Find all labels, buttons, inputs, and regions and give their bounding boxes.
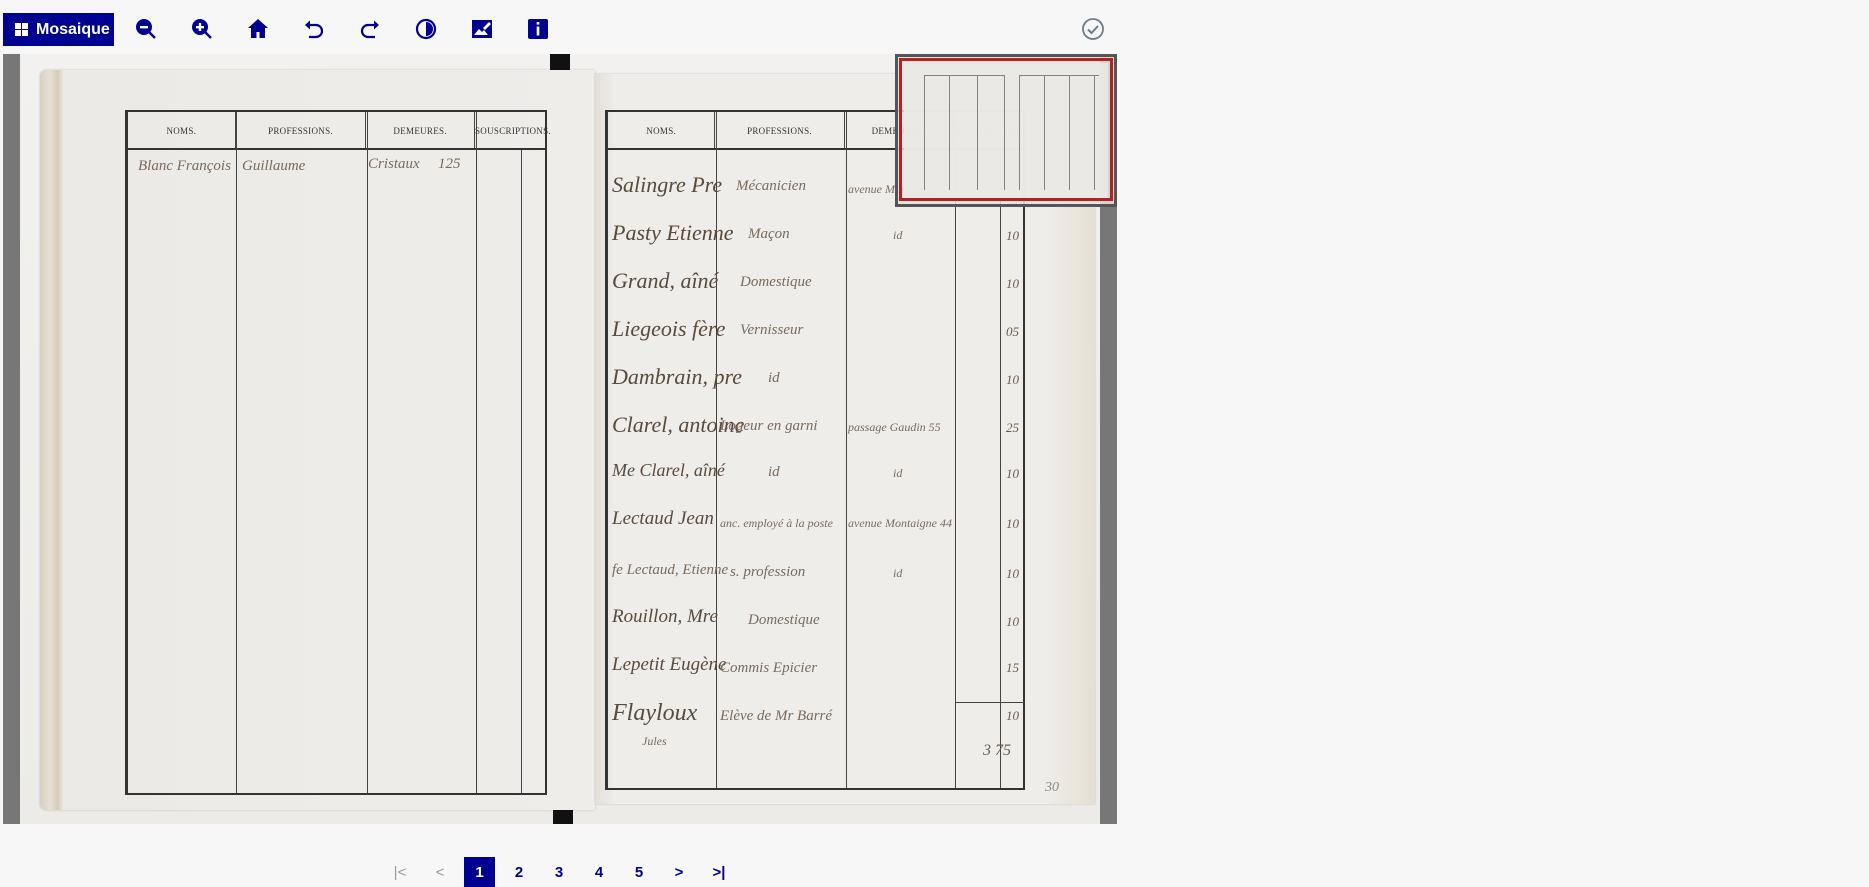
entry-profession: Domestique [740,274,812,291]
total-amount: 3 75 [983,742,1011,760]
entry-amount: 05 [1006,324,1019,340]
entry-profession: s. profession [730,564,805,581]
entry-amount: 125 [438,156,461,173]
zoom-in-button[interactable] [188,15,216,43]
last-page-icon: >| [713,864,726,881]
page-4-button[interactable]: 4 [579,857,619,887]
entry-profession: Guillaume [242,158,305,175]
home-button[interactable] [244,15,272,43]
entry-amount: 10 [1006,372,1019,388]
page-3-button[interactable]: 3 [539,857,579,887]
total-divider [955,702,1025,703]
entry-demeure: passage Gaudin 55 [848,420,941,435]
column-header-professions: PROFESSIONS. [715,112,844,148]
pagination: |< < 1 2 3 4 5 > >| [380,857,739,887]
page-5-button[interactable]: 5 [619,857,659,887]
rotate-left-icon [302,17,326,41]
page-2-button[interactable]: 2 [499,857,539,887]
binding-tab-bottom [553,808,573,824]
entry-demeure: avenue Montaigne 44 [848,516,952,531]
register-table-right: NOMS. PROFESSIONS. DEMEURES. SOUSCRIPTIO… [605,110,1025,790]
image-viewer[interactable]: NOMS. PROFESSIONS. DEMEURES. SOUSCRIPTIO… [3,54,1117,824]
entry-amount: 10 [1006,708,1019,724]
entry-name: Me Clarel, aîné [612,460,725,481]
binding-tab-top [550,54,570,70]
next-page-button[interactable]: > [659,857,699,887]
entry-profession: Commis Epicier [720,660,817,677]
column-header-demeures: DEMEURES. [366,112,475,148]
grid-icon [15,23,28,36]
entry-profession: Vernisseur [740,322,803,339]
entry-profession: id [768,370,780,387]
column-header-professions: PROFESSIONS. [236,112,367,148]
entry-demeure: Cristaux [368,156,420,173]
next-page-icon: > [675,864,684,881]
entry-name: fe Lectaud, Etienne [612,562,728,579]
toolbar: Mosaique [0,0,1869,54]
edit-image-icon [470,17,494,41]
register-table-left: NOMS. PROFESSIONS. DEMEURES. SOUSCRIPTIO… [125,110,547,795]
last-page-button[interactable]: >| [699,857,739,887]
entry-amount: 10 [1006,466,1019,482]
entry-name: Liegeois fère [612,316,725,342]
entry-profession: Elève de Mr Barré [720,708,832,725]
contrast-icon [414,17,438,41]
entry-name: Salingre Pre [612,172,722,198]
navigator-viewport[interactable] [899,58,1113,201]
info-button[interactable] [524,15,552,43]
entry-amount: 10 [1006,228,1019,244]
footer-note: Jules [642,734,667,749]
entry-profession: Maçon [748,226,790,243]
column-header-noms: NOMS. [608,112,715,148]
prev-page-icon: < [436,864,445,881]
mosaic-button[interactable]: Mosaique [3,13,114,46]
entry-demeure: id [893,228,902,243]
page-number: 30 [1045,780,1059,796]
entry-amount: 10 [1006,276,1019,292]
entry-name: Lectaud Jean [612,508,714,530]
entry-name: Rouillon, Mre [612,606,718,628]
entry-amount: 15 [1006,660,1019,676]
mosaic-label: Mosaique [36,21,110,39]
column-header-noms: NOMS. [128,112,236,148]
check-circle-icon [1081,17,1105,41]
entry-profession: Mécanicien [736,178,806,195]
entry-amount: 10 [1006,516,1019,532]
contrast-button[interactable] [412,15,440,43]
entry-amount: 25 [1006,420,1019,436]
home-icon [246,17,270,41]
page-1-button[interactable]: 1 [464,857,495,887]
entry-demeure: id [893,566,902,581]
entry-name: Blanc François [138,158,231,175]
edit-image-button[interactable] [468,15,496,43]
entry-name: Pasty Etienne [612,220,734,246]
first-page-icon: |< [394,864,407,881]
entry-name: Grand, aîné [612,268,718,294]
entry-profession: anc. employé à la poste [720,516,833,531]
zoom-out-icon [134,17,158,41]
rotate-left-button[interactable] [300,15,328,43]
rotate-right-button[interactable] [356,15,384,43]
first-page-button[interactable]: |< [380,857,420,887]
entry-profession: id [768,464,780,481]
entry-name: Flayloux [612,700,697,727]
zoom-out-button[interactable] [132,15,160,43]
navigator-thumbnail[interactable] [895,54,1117,207]
register-header: NOMS. PROFESSIONS. DEMEURES. SOUSCRIPTIO… [128,112,545,150]
zoom-in-icon [190,17,214,41]
rotate-right-icon [358,17,382,41]
entry-profession: Domestique [748,612,820,629]
prev-page-button[interactable]: < [420,857,460,887]
entry-demeure: id [893,466,902,481]
left-page: NOMS. PROFESSIONS. DEMEURES. SOUSCRIPTIO… [40,70,595,810]
info-icon [526,17,550,41]
entry-profession: Logeur en garni [720,418,818,435]
column-header-souscriptions: SOUSCRIPTIONS. [475,112,545,148]
entry-name: Dambrain, pre [612,364,742,390]
entry-amount: 10 [1006,566,1019,582]
entry-name: Lepetit Eugène [612,654,727,676]
entry-amount: 10 [1006,614,1019,630]
